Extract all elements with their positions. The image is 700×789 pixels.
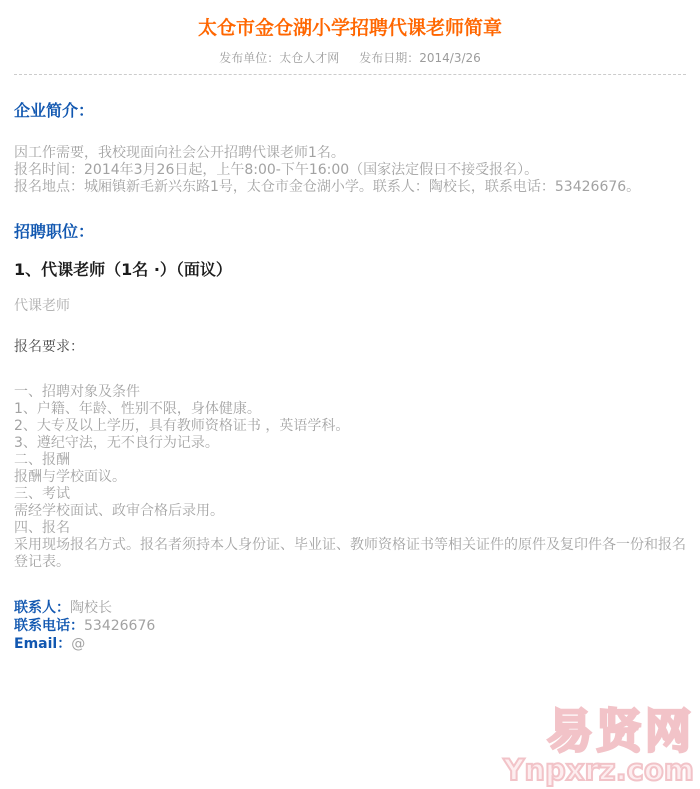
requirement-line: 四、报名 [14, 520, 686, 537]
company-intro-text: 因工作需要，我校现面向社会公开招聘代课老师1名。 报名时间：2014年3月26日… [14, 145, 686, 196]
requirement-line: 三、考试 [14, 486, 686, 503]
publisher-label: 发布单位： [219, 51, 279, 65]
contact-person-value: 陶校长 [70, 600, 112, 616]
publisher-value: 太仓人才网 [279, 51, 339, 65]
requirement-line: 一、招聘对象及条件 [14, 384, 686, 401]
requirement-line: 2、大专及以上学历，具有教师资格证书 ，英语学科。 [14, 418, 686, 435]
contact-phone-value: 53426676 [84, 618, 155, 634]
requirements-heading: 报名要求： [14, 338, 686, 356]
dashed-divider [14, 74, 686, 75]
watermark-logo-cn: 易贤网 [503, 707, 694, 755]
contact-phone-row: 联系电话：53426676 [14, 617, 686, 635]
requirement-line: 报酬与学校面议。 [14, 469, 686, 486]
job-posting-page: { "header": { "title": "太仓市金仓湖小学招聘代课老师简章… [0, 0, 700, 789]
job-name: 代课老师 [14, 298, 686, 315]
contact-person-row: 联系人：陶校长 [14, 599, 686, 617]
contact-email-row: Email：@ [14, 635, 686, 653]
article-content: 太仓市金仓湖小学招聘代课老师简章 发布单位：太仓人才网发布日期：2014/3/2… [0, 0, 700, 653]
contact-email-label: Email： [14, 636, 71, 652]
requirement-line: 二、报酬 [14, 452, 686, 469]
requirement-line: 采用现场报名方式。报名者须持本人身份证、毕业证、教师资格证书等相关证件的原件及复… [14, 537, 686, 571]
job-title: 1、代课老师（1名 ·）（面议） [14, 260, 686, 280]
intro-line: 报名时间：2014年3月26日起，上午8:00-下午16:00（国家法定假日不接… [14, 162, 686, 179]
page-title: 太仓市金仓湖小学招聘代课老师简章 [14, 0, 686, 40]
publish-meta: 发布单位：太仓人才网发布日期：2014/3/26 [14, 51, 686, 65]
contact-person-label: 联系人： [14, 600, 70, 616]
publish-date-label: 发布日期： [359, 51, 419, 65]
intro-line: 因工作需要，我校现面向社会公开招聘代课老师1名。 [14, 145, 686, 162]
watermark-logo-url: Ynpxrz.com [503, 755, 694, 785]
positions-heading: 招聘职位： [14, 222, 686, 242]
requirement-line: 需经学校面试、政审合格后录用。 [14, 503, 686, 520]
requirement-line: 1、户籍、年龄、性别不限，身体健康。 [14, 401, 686, 418]
contact-info: 联系人：陶校长 联系电话：53426676 Email：@ [14, 599, 686, 653]
contact-phone-label: 联系电话： [14, 618, 84, 634]
intro-line: 报名地点：城厢镇新毛新兴东路1号，太仓市金仓湖小学。联系人：陶校长，联系电话：5… [14, 179, 686, 196]
company-intro-heading: 企业简介： [14, 101, 686, 121]
contact-email-value: @ [71, 636, 85, 652]
requirement-line: 3、遵纪守法，无不良行为记录。 [14, 435, 686, 452]
site-watermark: 易贤网 Ynpxrz.com [503, 707, 694, 785]
publish-date-value: 2014/3/26 [419, 51, 481, 65]
requirements-text: 一、招聘对象及条件 1、户籍、年龄、性别不限，身体健康。 2、大专及以上学历，具… [14, 384, 686, 571]
